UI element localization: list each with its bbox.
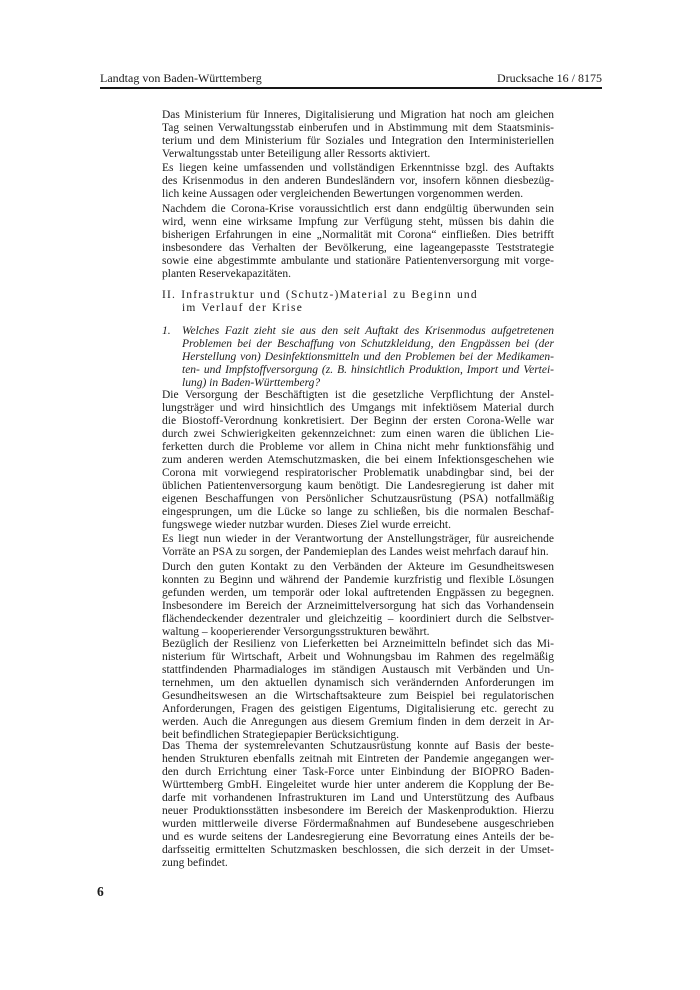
paragraph: Die Versorgung der Beschäftigten ist die…	[162, 389, 554, 532]
text-line: üblichen Patientenversorgung kaum benöti…	[162, 480, 554, 493]
document-body: Das Ministerium für Inneres, Digitalisie…	[0, 0, 700, 990]
text-line: den durch Errichtung einer Task-Force un…	[162, 766, 554, 779]
paragraph: Das Ministerium für Inneres, Digitalisie…	[162, 109, 554, 161]
text-line: Corona mit vorwiegend respiratorischer P…	[162, 467, 554, 480]
text-line: werden. Auch die Anregungen aus diesem G…	[162, 716, 554, 729]
text-line: wird, wenn eine wirksame Impfung zur Ver…	[162, 216, 554, 229]
text-line: Herstellung von) Desinfektionsmitteln un…	[162, 351, 554, 364]
question-item: 1.Welches Fazit zieht sie aus den seit A…	[162, 325, 554, 390]
text-line: Die Versorgung der Beschäftigten ist die…	[162, 389, 554, 402]
text-line: des Krisenmodus in den anderen Bundeslän…	[162, 175, 554, 188]
text-line: fungswege wieder nutzbar wurden. Dieses …	[162, 519, 554, 532]
text-line: terium und dem Ministerium für Soziales …	[162, 135, 554, 148]
text-line: ten- und Impfstoffversorgung (z. B. hins…	[162, 364, 554, 377]
text-line: Verwaltungsstab unter Beteiligung aller …	[162, 148, 554, 161]
text-line: Insbesondere im Bereich der Arzneimittel…	[162, 600, 554, 613]
text-line: darfe mit vorhandenen Infrastrukturen im…	[162, 792, 554, 805]
text-line: eingesprungen, um die Lücke so lange zu …	[162, 506, 554, 519]
text-line: Durch den guten Kontakt zu den Verbänden…	[162, 561, 554, 574]
text-line: Es liegen keine umfassenden und vollstän…	[162, 162, 554, 175]
text-line: lich keine Aussagen oder vergleichenden …	[162, 188, 554, 201]
text-line: bisherigen Erfahrungen in eine „Normalit…	[162, 229, 554, 242]
paragraph: Das Thema der systemrelevanten Schutzaus…	[162, 740, 554, 870]
text-line: und es wurde seitens der Landesregierung…	[162, 831, 554, 844]
paragraph: Es liegt nun wieder in der Verantwortung…	[162, 533, 554, 559]
text-line: henden Strukturen ebenfalls zeitnah mit …	[162, 753, 554, 766]
paragraph: Es liegen keine umfassenden und vollstän…	[162, 162, 554, 201]
text-line: Das Ministerium für Inneres, Digitalisie…	[162, 109, 554, 122]
text-line: konnten zu Beginn und während der Pandem…	[162, 574, 554, 587]
text-line: flächendeckender dezentraler und gleichz…	[162, 613, 554, 626]
page-number: 6	[97, 884, 104, 900]
text-line: Problemen bei der Beschaffung von Schutz…	[162, 338, 554, 351]
text-line: Nachdem die Corona-Krise voraussichtlich…	[162, 203, 554, 216]
text-line: Württemberg GmbH. Eingeleitet wurde hier…	[162, 779, 554, 792]
text-line: lungsträger und wird hinsichtlich des Um…	[162, 402, 554, 415]
text-line: zung befindet.	[162, 857, 554, 870]
text-line: nisterium für Wirtschaft, Arbeit und Woh…	[162, 651, 554, 664]
text-line: Welches Fazit zieht sie aus den seit Auf…	[162, 325, 554, 338]
text-line: Anforderungen, Fragen des geistigen Eige…	[162, 703, 554, 716]
text-line: wurden mittlerweile diverse Fördermaßnah…	[162, 818, 554, 831]
text-line: Bezüglich der Resilienz von Lieferketten…	[162, 638, 554, 651]
text-line: zum anderen werden Atemschutzmasken, die…	[162, 454, 554, 467]
text-line: Vorräte an PSA zu sorgen, der Pandemiepl…	[162, 546, 554, 559]
section-heading: II. Infrastruktur und (Schutz-)Material …	[162, 289, 554, 315]
text-line: neuer Produktionsstätten insbesondere im…	[162, 805, 554, 818]
text-line: stattfindenden Pharmadialoges im ständig…	[162, 664, 554, 677]
text-line: Tag seinen Verwaltungsstab einberufen un…	[162, 122, 554, 135]
paragraph: Nachdem die Corona-Krise voraussichtlich…	[162, 203, 554, 281]
text-line: gefunden werden, um temporär oder lokal …	[162, 587, 554, 600]
text-line: Das Thema der systemrelevanten Schutzaus…	[162, 740, 554, 753]
text-line: die Biostoff-Verordnung konkretisiert. D…	[162, 415, 554, 428]
text-line: sowie eine abgestimmte ambulante und sta…	[162, 255, 554, 268]
text-line: planten Reservekapazitäten.	[162, 268, 554, 281]
text-line: ternehmen, um den aktuellen dynamisch si…	[162, 677, 554, 690]
text-line: ferketten durch die Probleme vor allem i…	[162, 441, 554, 454]
document-page: Landtag von Baden-Württemberg Drucksache…	[0, 0, 700, 990]
text-line: im Verlauf der Krise	[182, 302, 554, 315]
text-line: Gesundheitswesen an die Wirtschaftsakteu…	[162, 690, 554, 703]
text-line: darfsseitig ermittelten Schutzmasken bes…	[162, 844, 554, 857]
paragraph: Durch den guten Kontakt zu den Verbänden…	[162, 561, 554, 639]
paragraph: Bezüglich der Resilienz von Lieferketten…	[162, 638, 554, 742]
text-line: Es liegt nun wieder in der Verantwortung…	[162, 533, 554, 546]
text-line: durch zwei Schwierigkeiten gekennzeichne…	[162, 428, 554, 441]
question-number: 1.	[162, 325, 171, 338]
text-line: insbesondere das Verhalten der Bevölkeru…	[162, 242, 554, 255]
text-line: eigenen Beschaffungen von Persönlicher S…	[162, 493, 554, 506]
text-line: II. Infrastruktur und (Schutz-)Material …	[162, 289, 554, 302]
